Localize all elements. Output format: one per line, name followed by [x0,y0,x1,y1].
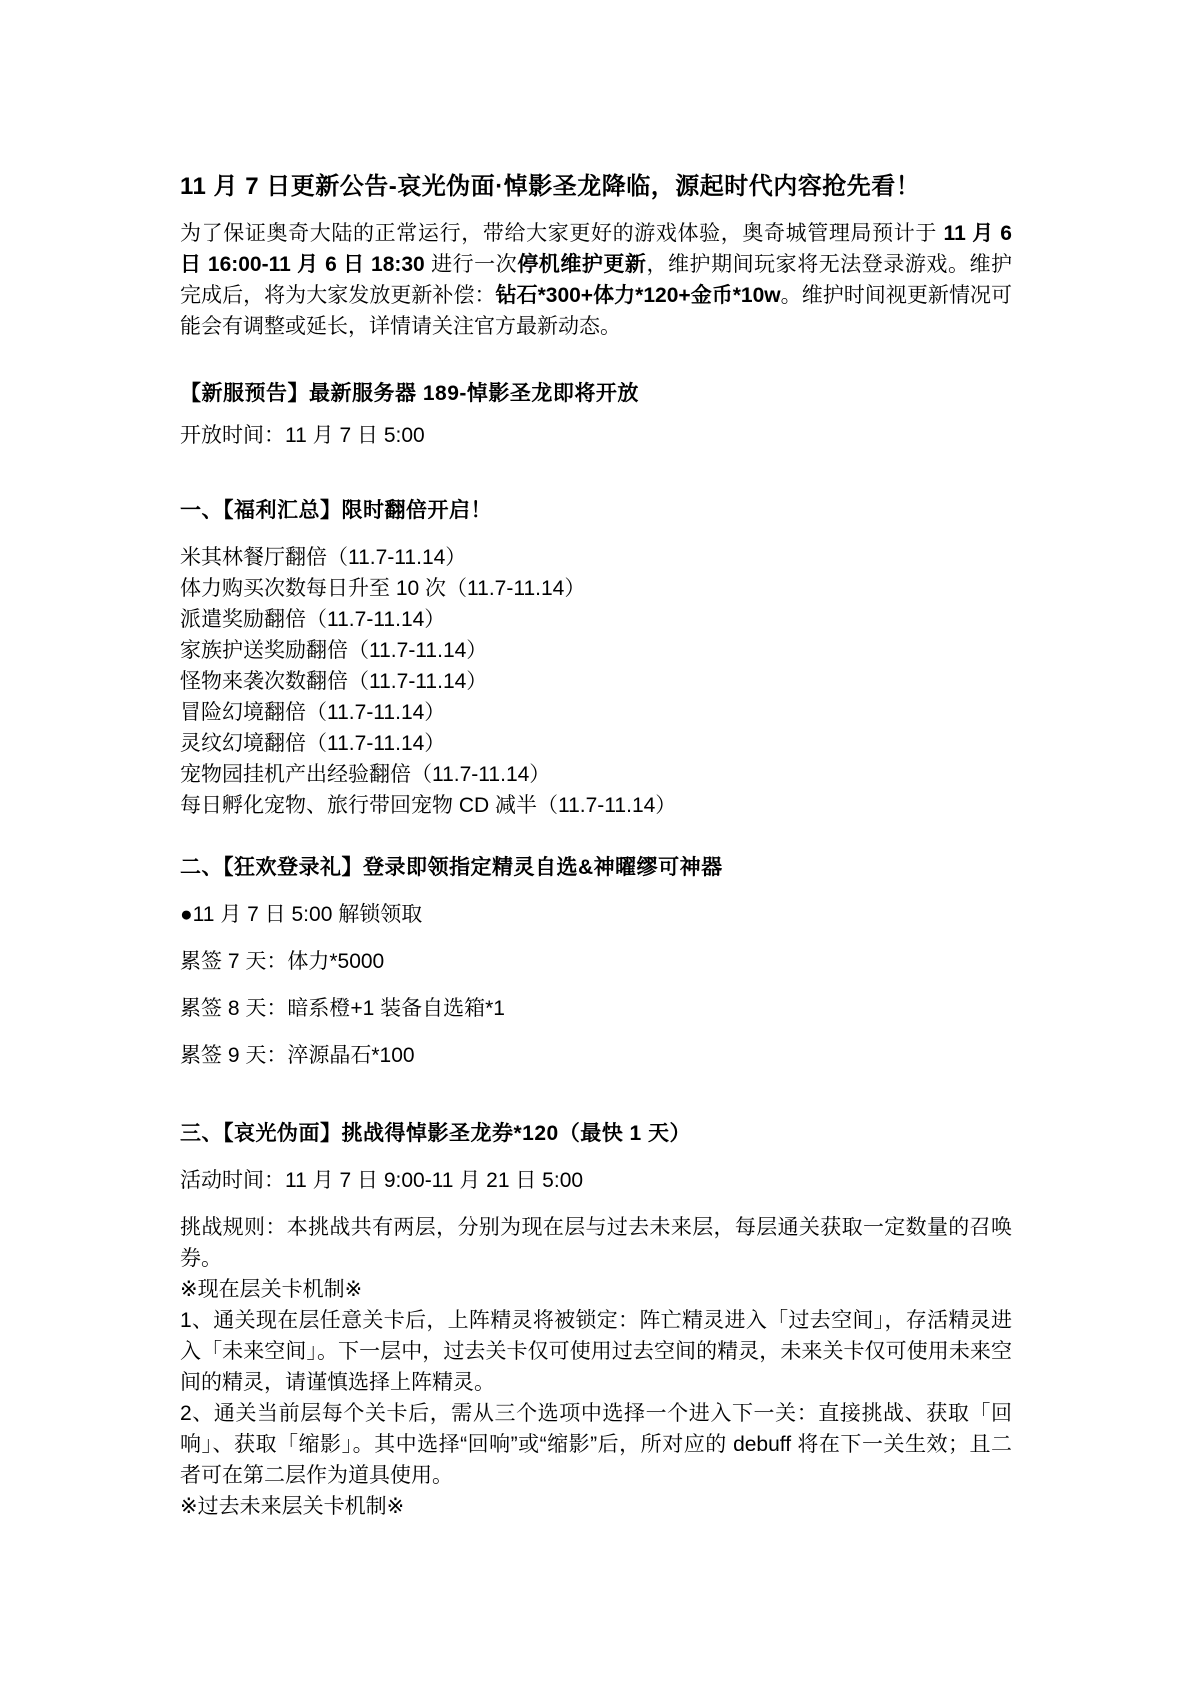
intro-paragraph: 为了保证奥奇大陆的正常运行，带给大家更好的游戏体验，奥奇城管理局预计于 11 月… [180,218,1012,342]
login-reward-item: 累签 9 天：淬源晶石*100 [180,1040,1012,1071]
benefit-item: 怪物来袭次数翻倍（11.7-11.14） [180,666,1012,697]
section-login-heading: 二、【狂欢登录礼】登录即领指定精灵自选&神曜缪可神器 [180,852,1012,883]
challenge-rule-line: 挑战规则：本挑战共有两层，分别为现在层与过去未来层，每层通关获取一定数量的召唤券… [180,1212,1012,1274]
challenge-rules: 挑战规则：本挑战共有两层，分别为现在层与过去未来层，每层通关获取一定数量的召唤券… [180,1212,1012,1522]
text-segment: 进行一次 [425,253,518,276]
challenge-activity-time: 活动时间：11 月 7 日 9:00-11 月 21 日 5:00 [180,1165,1012,1196]
benefit-item: 每日孵化宠物、旅行带回宠物 CD 减半（11.7-11.14） [180,790,1012,821]
challenge-rule-line: 2、通关当前层每个关卡后，需从三个选项中选择一个进入下一关：直接挑战、获取「回响… [180,1398,1012,1491]
benefit-item: 灵纹幻境翻倍（11.7-11.14） [180,728,1012,759]
text-segment: 为了保证奥奇大陆的正常运行，带给大家更好的游戏体验，奥奇城管理局预计于 [180,222,944,245]
page-title: 11 月 7 日更新公告-哀光伪面·悼影圣龙降临，源起时代内容抢先看！ [180,170,1012,203]
bold-text-segment: 钻石*300+体力*120+金币*10w [496,284,781,307]
benefit-item: 派遣奖励翻倍（11.7-11.14） [180,604,1012,635]
section-challenge-heading: 三、【哀光伪面】挑战得悼影圣龙券*120（最快 1 天） [180,1118,1012,1149]
login-rewards: 累签 7 天：体力*5000累签 8 天：暗系橙+1 装备自选箱*1累签 9 天… [180,946,1012,1071]
challenge-rule-line: ※现在层关卡机制※ [180,1274,1012,1305]
login-unlock-time: ●11 月 7 日 5:00 解锁领取 [180,899,1012,930]
benefit-item: 家族护送奖励翻倍（11.7-11.14） [180,635,1012,666]
benefit-item: 米其林餐厅翻倍（11.7-11.14） [180,542,1012,573]
benefits-list: 米其林餐厅翻倍（11.7-11.14）体力购买次数每日升至 10 次（11.7-… [180,542,1012,821]
new-server-open-time: 开放时间：11 月 7 日 5:00 [180,420,1012,451]
login-reward-item: 累签 7 天：体力*5000 [180,946,1012,977]
challenge-rule-line: ※过去未来层关卡机制※ [180,1491,1012,1522]
challenge-rule-line: 1、通关现在层任意关卡后，上阵精灵将被锁定：阵亡精灵进入「过去空间」，存活精灵进… [180,1305,1012,1398]
document-page: 11 月 7 日更新公告-哀光伪面·悼影圣龙降临，源起时代内容抢先看！ 为了保证… [0,0,1190,1683]
new-server-heading: 【新服预告】最新服务器 189-悼影圣龙即将开放 [180,378,1012,409]
section-benefits-heading: 一、【福利汇总】限时翻倍开启！ [180,495,1012,526]
benefit-item: 宠物园挂机产出经验翻倍（11.7-11.14） [180,759,1012,790]
login-reward-item: 累签 8 天：暗系橙+1 装备自选箱*1 [180,993,1012,1024]
benefit-item: 冒险幻境翻倍（11.7-11.14） [180,697,1012,728]
bold-text-segment: 停机维护更新 [517,253,646,276]
benefit-item: 体力购买次数每日升至 10 次（11.7-11.14） [180,573,1012,604]
